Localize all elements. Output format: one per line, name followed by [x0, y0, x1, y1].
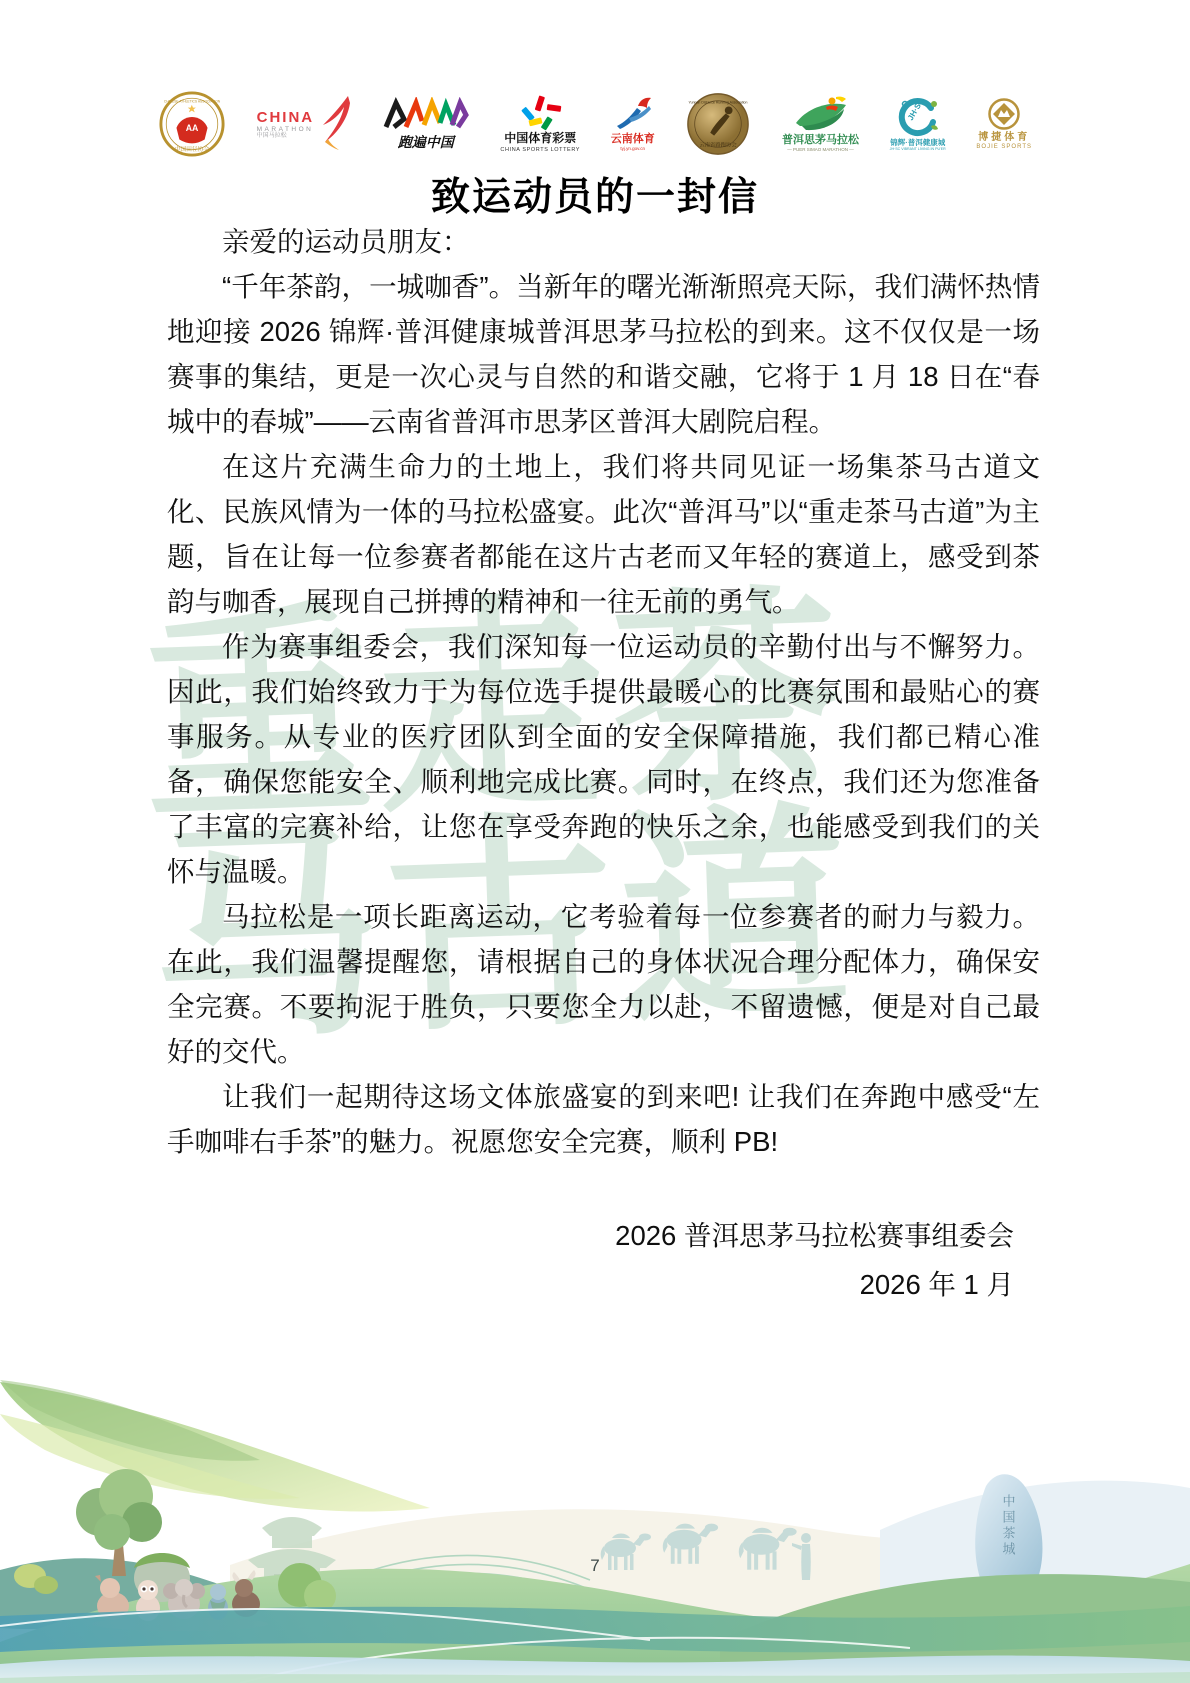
china-marathon-sub: MARATHON [257, 126, 314, 133]
china-marathon-label: CHINA [257, 109, 315, 126]
sponsor-logo-row: AA CHINESE ATHLETICS ASSOCIATION 中国田径协会 … [158, 82, 1032, 166]
paragraph-4: 马拉松是一项长距离运动，它考验着每一位参赛者的耐力与毅力。在此，我们温馨提醒您，… [167, 894, 1040, 1074]
logo-yunnan-road-running-association: Yunnan Distance Running Association 云南省路… [685, 90, 751, 158]
svg-text:云南省路跑协会: 云南省路跑协会 [700, 140, 738, 148]
logo-china-marathon: CHINA MARATHON 中国马拉松 [257, 95, 352, 153]
letter-page: AA CHINESE ATHLETICS ASSOCIATION 中国田径协会 … [0, 0, 1190, 1683]
paragraph-1: “千年茶韵，一城咖香”。当新年的曙光渐渐照亮天际，我们满怀热情地迎接 2026 … [167, 264, 1040, 444]
monument-text: 中国茶城 [1001, 1493, 1016, 1558]
run-china-label: 跑遍中国 [398, 134, 454, 150]
svg-text:Yunnan Distance Running Associ: Yunnan Distance Running Association [689, 101, 748, 105]
jinhui-label: 锦辉·普洱健康城 [890, 139, 945, 148]
run-china-glyphs-icon [382, 97, 470, 133]
yunnan-sports-sub: tyj.yn.gov.cn [620, 147, 645, 152]
svg-text:AA: AA [186, 123, 199, 133]
lottery-sub: CHINA SPORTS LOTTERY [500, 147, 580, 153]
svg-text:CHINESE ATHLETICS ASSOCIATION: CHINESE ATHLETICS ASSOCIATION [164, 100, 221, 104]
lottery-label: 中国体育彩票 [504, 132, 576, 146]
signature-committee: 2026 普洱思茅马拉松赛事组委会 [167, 1211, 1014, 1260]
road-running-seal-icon: Yunnan Distance Running Association 云南省路… [685, 90, 751, 158]
china-marathon-sub2: 中国马拉松 [257, 133, 287, 140]
paragraph-3: 作为赛事组委会，我们深知每一位运动员的辛勤付出与不懈努力。因此，我们始终致力于为… [167, 624, 1040, 894]
logo-chinese-athletics-association: AA CHINESE ATHLETICS ASSOCIATION 中国田径协会 [158, 89, 226, 159]
bojie-monogram-icon [986, 97, 1022, 131]
page-title: 致运动员的一封信 [0, 166, 1190, 222]
salutation: 亲爱的运动员朋友： [167, 219, 1040, 264]
bojie-label: 博捷体育 [978, 132, 1030, 144]
logo-china-sports-lottery: 中国体育彩票 CHINA SPORTS LOTTERY [500, 95, 580, 153]
yunnan-sports-label: 云南体育 [611, 133, 655, 146]
lottery-star-icon [517, 95, 563, 131]
logo-yunnan-sports: 云南体育 tyj.yn.gov.cn [611, 96, 655, 152]
bojie-sub: BOJIE SPORTS [976, 144, 1032, 151]
logo-puer-simao-marathon: 普洱思茅马拉松 — PUER SIMAO MARATHON — [782, 95, 859, 153]
red-ribbon-runner-icon [317, 95, 351, 153]
logo-run-through-china: 跑遍中国 [382, 97, 470, 150]
letter-body: 亲爱的运动员朋友： “千年茶韵，一城咖香”。当新年的曙光渐渐照亮天际，我们满怀热… [167, 219, 1040, 1309]
page-number: 7 [590, 1556, 599, 1576]
puer-marathon-label: 普洱思茅马拉松 [782, 134, 859, 147]
athletics-association-seal-icon: AA CHINESE ATHLETICS ASSOCIATION 中国田径协会 [158, 89, 226, 159]
health-city-c-icon: JH·SC [897, 96, 939, 138]
leaf-runner-icon [792, 95, 850, 133]
yunnan-runner-icon [611, 96, 655, 132]
signature-block: 2026 普洱思茅马拉松赛事组委会 2026 年 1 月 [167, 1211, 1040, 1309]
logo-bojie-sports: 博捷体育 BOJIE SPORTS [976, 97, 1032, 151]
signature-date: 2026 年 1 月 [167, 1260, 1014, 1309]
paragraph-5: 让我们一起期待这场文体旅盛宴的到来吧! 让我们在奔跑中感受“左手咖啡右手茶”的魅… [167, 1074, 1040, 1164]
logo-jinhui-puer-health-city: JH·SC 锦辉·普洱健康城 JH·SC VIBRANT LIVING IN P… [890, 96, 946, 153]
paragraph-2: 在这片充满生命力的土地上，我们将共同见证一场集茶马古道文化、民族风情为一体的马拉… [167, 444, 1040, 624]
jinhui-sub: JH·SC VIBRANT LIVING IN PU'ER [890, 148, 946, 152]
footer-landscape-illustration: 中国茶城 [0, 1380, 1190, 1683]
puer-marathon-sub: — PUER SIMAO MARATHON — [787, 148, 853, 153]
svg-text:中国田径协会: 中国田径协会 [175, 145, 210, 153]
